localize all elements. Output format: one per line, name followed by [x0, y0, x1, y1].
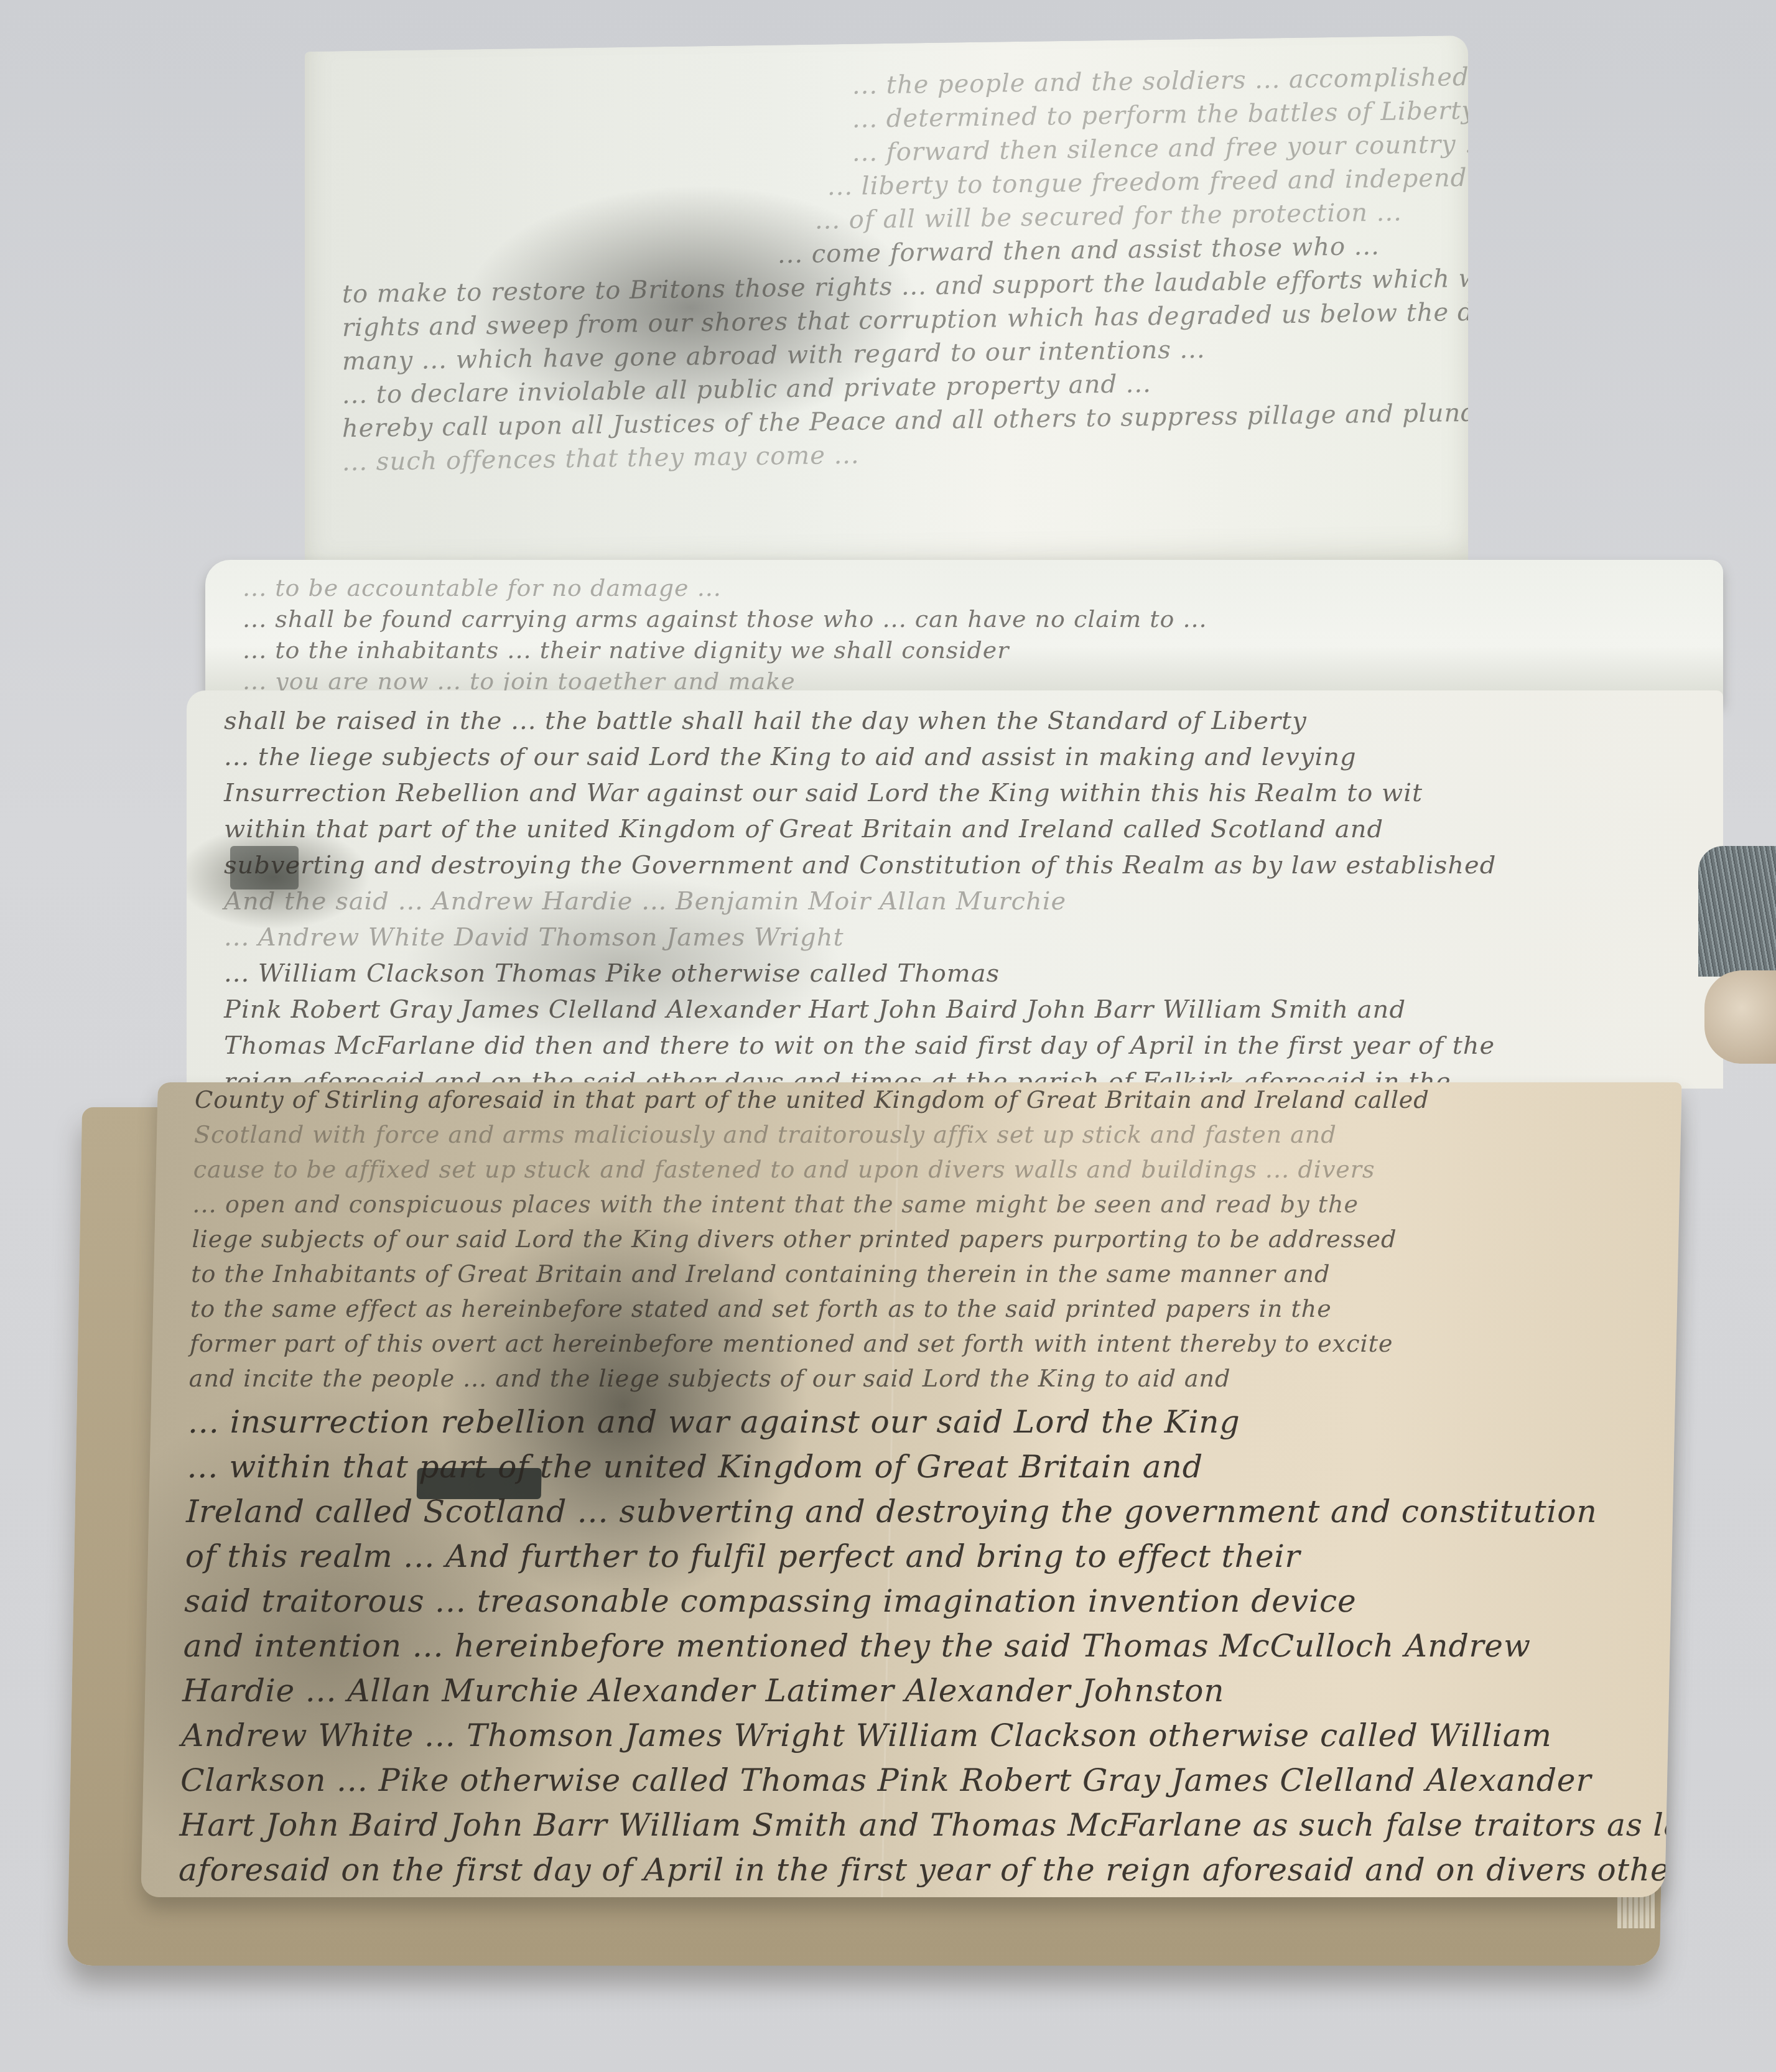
- manuscript-line: shall be raised in the ... the battle sh…: [224, 703, 1686, 739]
- manuscript-line: ... insurrection rebellion and war again…: [188, 1400, 1639, 1444]
- manuscript-line: Scotland with force and arms maliciously…: [193, 1117, 1643, 1152]
- manuscript-line: Insurrection Rebellion and War against o…: [224, 775, 1686, 811]
- manuscript-line: ... to be accountable for no damage ...: [243, 572, 1686, 603]
- bottom-panel-upper-text: County of Stirling aforesaid in that par…: [188, 1082, 1645, 1396]
- middle-panel-text: shall be raised in the ... the battle sh…: [224, 703, 1686, 1089]
- brush-bristles: [1698, 846, 1776, 977]
- manuscript-line: subverting and destroying the Government…: [224, 847, 1686, 883]
- manuscript-line: ... shall be found carrying arms against…: [243, 603, 1686, 634]
- fold-panel-text: ... to be accountable for no damage ... …: [243, 572, 1686, 697]
- manuscript-line: Thomas McFarlane did then and there to w…: [224, 1028, 1686, 1064]
- top-panel-text: ... the people and the soldiers ... acco…: [342, 61, 1431, 479]
- conservation-brush: [1680, 846, 1776, 1057]
- manuscript-line: ... within that part of the united Kingd…: [187, 1444, 1637, 1489]
- manuscript-line: and intention ... hereinbefore mentioned…: [183, 1624, 1634, 1668]
- manuscript-line: cause to be affixed set up stuck and fas…: [193, 1152, 1643, 1187]
- manuscript-line: to the Inhabitants of Great Britain and …: [191, 1257, 1641, 1291]
- bottom-panel-text: ... insurrection rebellion and war again…: [175, 1400, 1638, 1897]
- table-surface: ... the people and the soldiers ... acco…: [0, 0, 1776, 2072]
- manuscript-line: And the said ... Andrew Hardie ... Benja…: [224, 883, 1686, 919]
- manuscript-line: former part of this overt act hereinbefo…: [189, 1326, 1639, 1361]
- manuscript-line: Clarkson ... Pike otherwise called Thoma…: [180, 1758, 1630, 1803]
- manuscript-line: Hart John Baird John Barr William Smith …: [179, 1803, 1630, 1847]
- manuscript-line: ... Andrew White David Thomson James Wri…: [224, 919, 1686, 955]
- manuscript-line: ... open and conspicuous places with the…: [192, 1187, 1642, 1222]
- manuscript-line: liege subjects of our said Lord the King…: [192, 1222, 1642, 1257]
- brush-handle: [1704, 970, 1776, 1064]
- manuscript-line: ... William Clackson Thomas Pike otherwi…: [224, 955, 1686, 992]
- manuscript-line: aforesaid on the first day of April in t…: [178, 1847, 1629, 1892]
- manuscript-line: County of Stirling aforesaid in that par…: [195, 1082, 1645, 1117]
- manuscript-line: and incite the people ... and the liege …: [188, 1361, 1639, 1396]
- parchment-top-panel: ... the people and the soldiers ... acco…: [305, 35, 1468, 587]
- manuscript-line: days and times as well before as after t…: [177, 1892, 1628, 1897]
- manuscript-line: Hardie ... Allan Murchie Alexander Latim…: [182, 1668, 1632, 1713]
- manuscript-line: ... to the inhabitants ... their native …: [243, 634, 1686, 666]
- manuscript-line: said traitorous ... treasonable compassi…: [184, 1579, 1634, 1624]
- manuscript-line: Pink Robert Gray James Clelland Alexande…: [224, 992, 1686, 1028]
- manuscript-line: within that part of the united Kingdom o…: [224, 811, 1686, 847]
- manuscript-line: to the same effect as hereinbefore state…: [190, 1291, 1640, 1326]
- manuscript-line: of this realm ... And further to fulfil …: [185, 1534, 1635, 1579]
- manuscript-line: Andrew White ... Thomson James Wright Wi…: [181, 1713, 1632, 1758]
- parchment-bottom-panel: County of Stirling aforesaid in that par…: [141, 1082, 1681, 1897]
- manuscript-line: ... the liege subjects of our said Lord …: [224, 739, 1686, 775]
- parchment-middle-panel: shall be raised in the ... the battle sh…: [187, 690, 1723, 1089]
- parchment-fold-panel: ... to be accountable for no damage ... …: [205, 560, 1723, 703]
- manuscript-line: Ireland called Scotland ... subverting a…: [186, 1489, 1637, 1534]
